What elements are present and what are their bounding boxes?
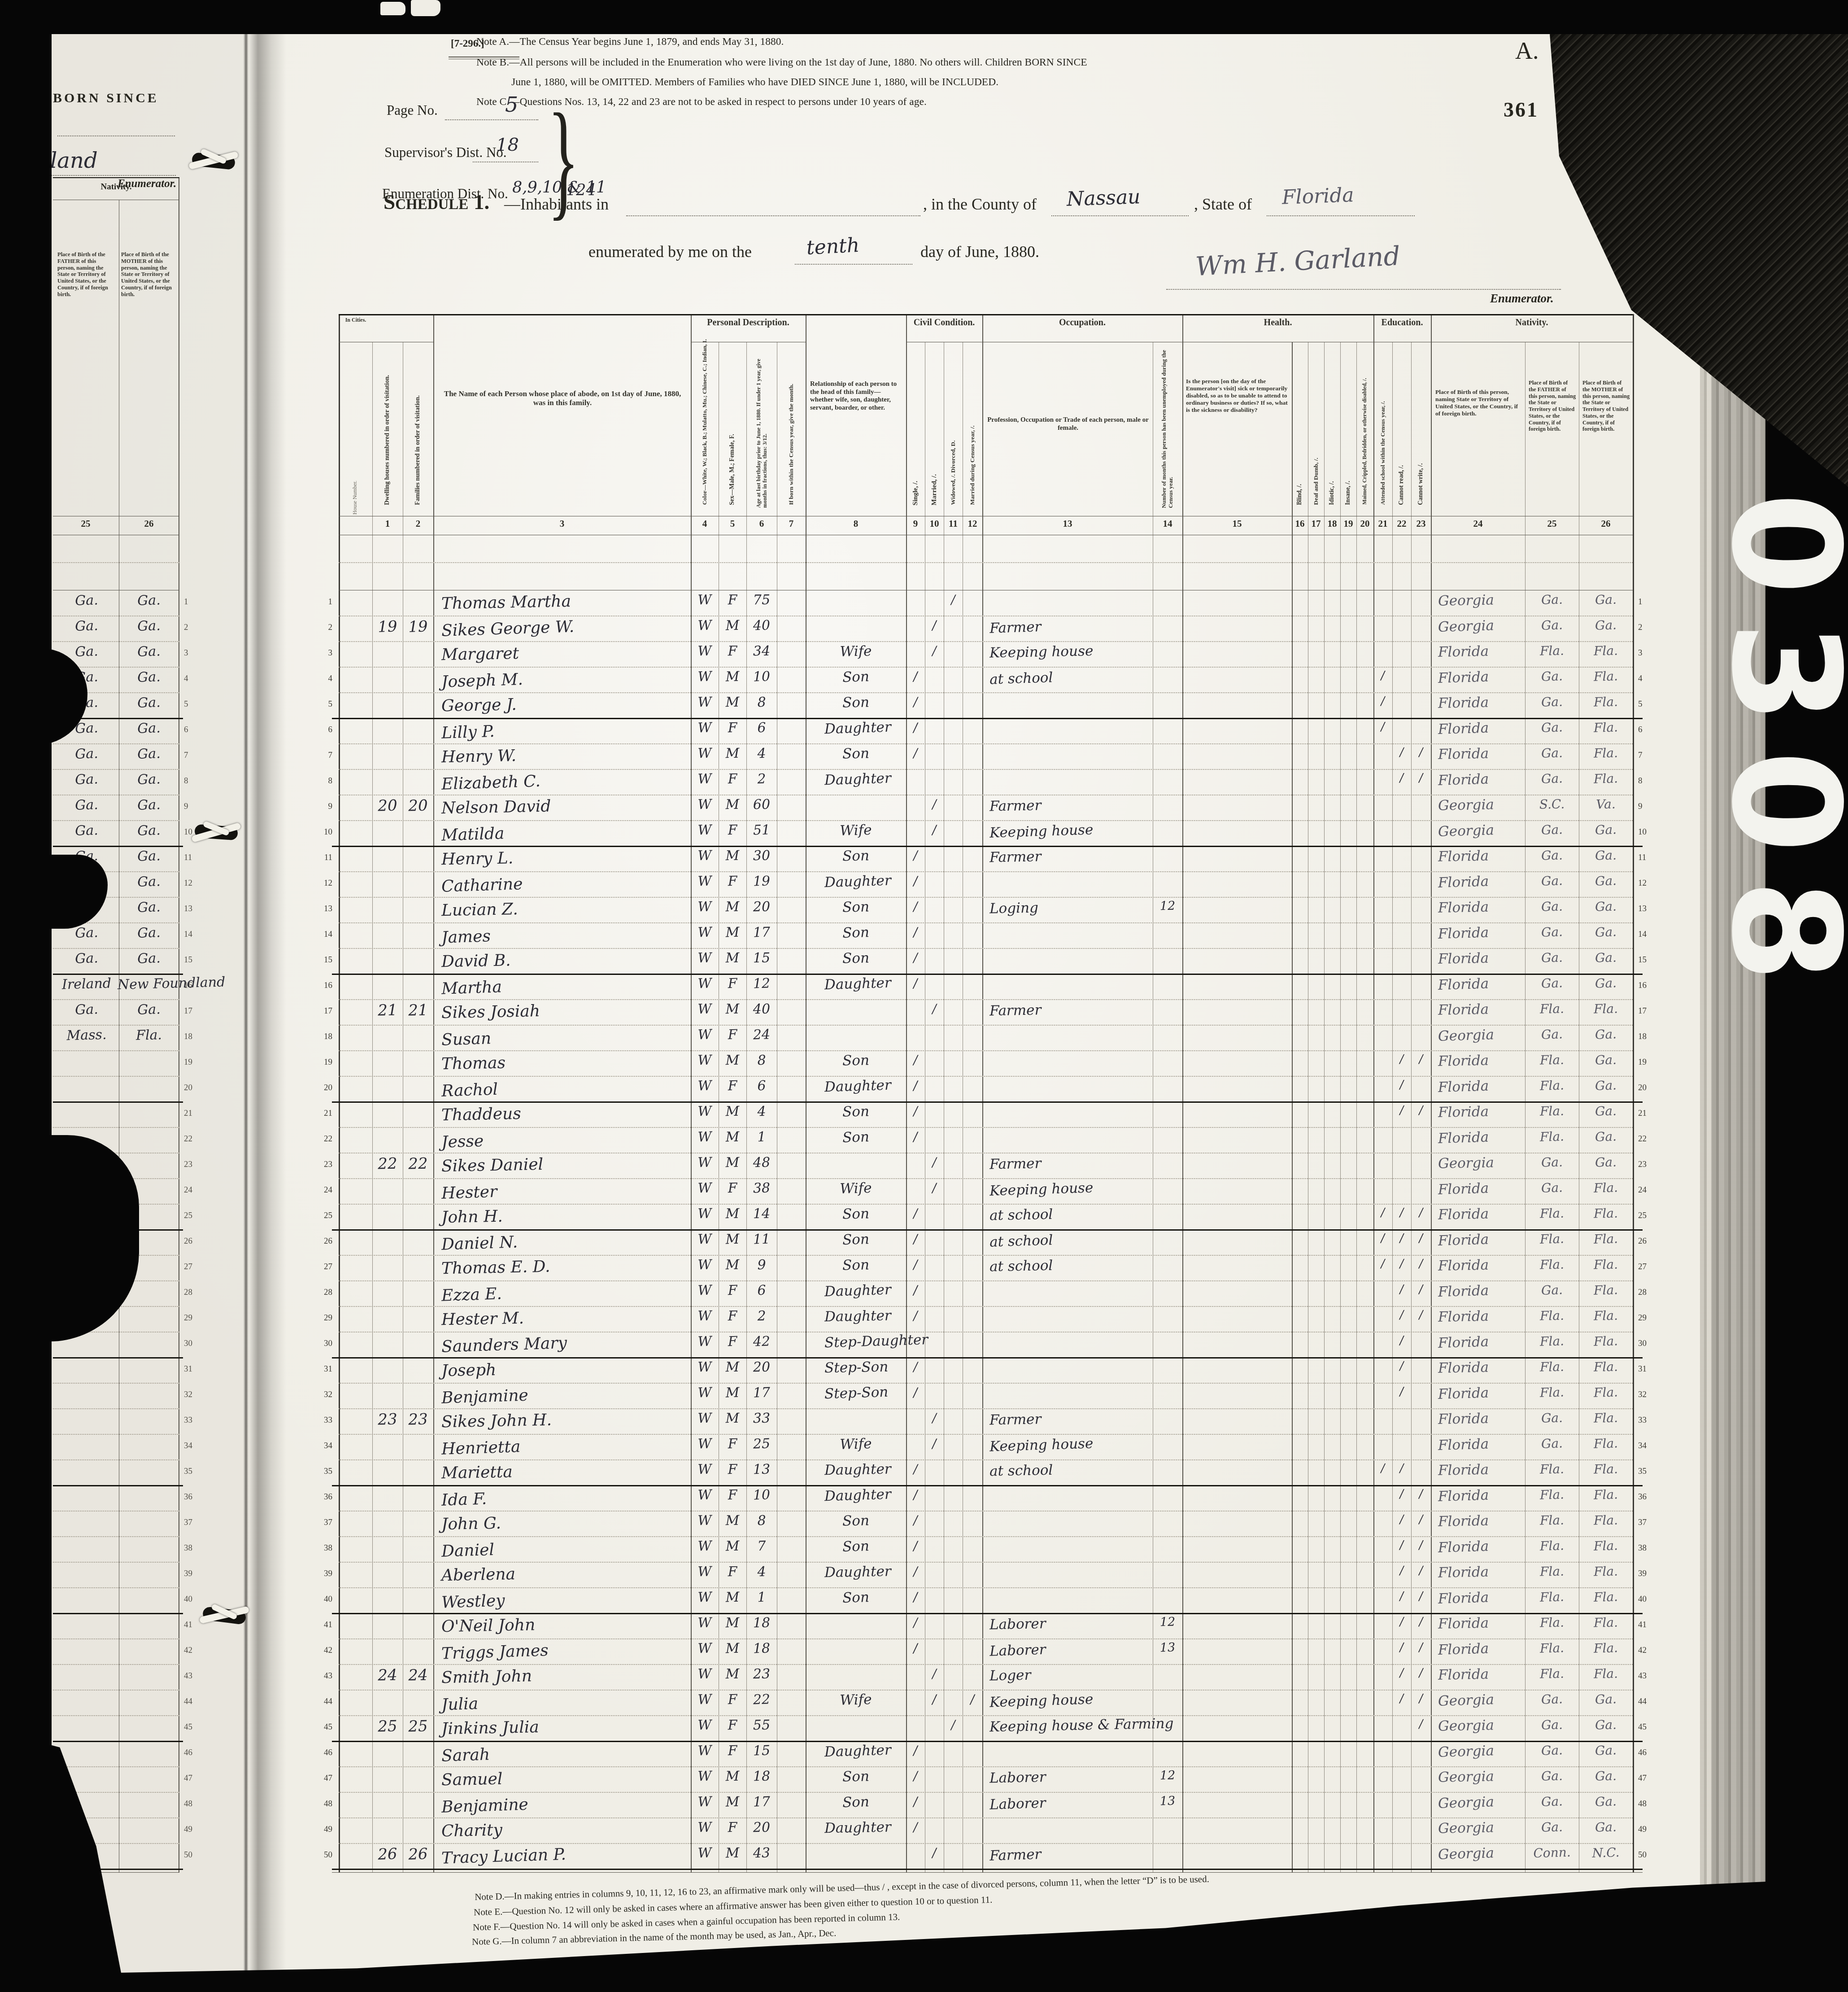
cell-a: 30 [730, 847, 793, 865]
fragment-row-number: 21 [184, 1109, 202, 1118]
fragment-cell-father-birthplace: Ga. [59, 771, 115, 788]
cell-f: 22 [387, 1154, 450, 1174]
fragment-cell-mother-birthplace: Fla. [118, 1027, 181, 1044]
cell-s9: / [905, 873, 925, 888]
cell-s10: / [924, 1666, 945, 1682]
fragment-row-number: 36 [184, 1492, 202, 1502]
cell-e23: / [1411, 746, 1431, 760]
fragment-cell-mother-birthplace: Ga. [118, 822, 181, 839]
cell-b: Florida [1438, 1179, 1523, 1198]
cell-a: 18 [730, 1768, 793, 1785]
row-number-left: 27 [312, 1262, 332, 1272]
row-number-left: 38 [312, 1543, 332, 1553]
row-number-right: 35 [1638, 1467, 1659, 1477]
cell-r: Son [824, 1231, 887, 1249]
cell-mb: Fla. [1574, 1435, 1638, 1452]
column-header-c5: Sex—Male, M.; Female, F. [729, 339, 736, 505]
cell-mb: Fla. [1574, 1308, 1638, 1324]
cell-mb: Ga. [1574, 1717, 1638, 1733]
cell-e22: / [1392, 1615, 1412, 1629]
column-number: 25 [1534, 518, 1570, 529]
fragment-signature-line [49, 174, 176, 176]
cell-oc: at school [989, 1460, 1151, 1480]
cell-e23: / [1411, 1308, 1431, 1322]
column-header-c14: Number of months this person has been un… [1161, 342, 1174, 508]
cell-mb: Fla. [1574, 1001, 1638, 1017]
cell-mb: Fla. [1574, 770, 1638, 787]
cell-a: 18 [730, 1615, 793, 1632]
cell-a: 11 [730, 1231, 793, 1248]
row-number-right: 15 [1638, 955, 1659, 965]
table-grid-hline [332, 1613, 1643, 1614]
cell-mb: Ga. [1574, 847, 1638, 864]
cell-a: 9 [730, 1257, 793, 1274]
fragment-row-number: 19 [184, 1057, 202, 1067]
fragment-row-number: 33 [184, 1415, 202, 1425]
column-header-c13: Profession, Occupation or Trade of each … [987, 416, 1149, 432]
cell-b: Florida [1438, 872, 1523, 891]
cell-s10: / [924, 797, 945, 812]
cell-b: Florida [1438, 1052, 1524, 1070]
table-grid-hline [332, 1485, 1643, 1486]
cell-f: 23 [387, 1410, 450, 1429]
fragment-col25-number: 25 [72, 518, 99, 529]
cell-e22: / [1392, 1513, 1412, 1527]
fragment-grid-hline [53, 1690, 179, 1691]
cell-r: Son [824, 1793, 887, 1811]
column-header-c3: The Name of each Person whose place of a… [441, 389, 684, 407]
cell-r: Daughter [824, 1461, 888, 1479]
cell-a: 15 [730, 1742, 793, 1760]
cell-oc: at school [989, 1256, 1151, 1275]
cell-a: 2 [730, 770, 793, 788]
cell-b: Georgia [1438, 1844, 1523, 1863]
cell-s10: / [924, 822, 944, 837]
fragment-row-number: 35 [184, 1467, 202, 1477]
column-header-c25: Place of Birth of the FATHER of this per… [1529, 380, 1576, 432]
column-header-c4: Color—White, W.; Black, B.; Mulatto, Mu.… [702, 339, 708, 505]
cell-mb: Fla. [1574, 694, 1638, 710]
row-number-right: 9 [1638, 802, 1659, 812]
cell-b: Florida [1438, 719, 1523, 738]
cell-r: Daughter [824, 1742, 887, 1760]
row-number-right: 48 [1638, 1799, 1659, 1809]
cell-r: Daughter [824, 975, 887, 993]
cell-b: Georgia [1438, 1793, 1523, 1812]
cell-a: 8 [730, 1052, 793, 1069]
cell-mb: Fla. [1574, 1231, 1638, 1247]
cell-a: 1 [730, 1128, 793, 1146]
cell-mb: Ga. [1574, 1128, 1638, 1145]
born-since-label: BORN SINCE [53, 91, 159, 106]
fragment-grid-hline [53, 1025, 179, 1026]
table-grid-hline [332, 1357, 1643, 1359]
column-header-c15: Is the person [on the day of the Enumera… [1186, 378, 1289, 414]
fragment-cell-mother-birthplace: Ga. [118, 617, 181, 635]
row-number-right: 5 [1638, 699, 1659, 709]
table-grid-vline [1356, 342, 1357, 1872]
cell-a: 17 [730, 1793, 793, 1811]
cell-mb: Ga. [1574, 899, 1638, 915]
cell-a: 38 [730, 1179, 793, 1197]
fragment-grid-hline [53, 1485, 183, 1486]
table-grid-hline [339, 1638, 1633, 1639]
row-number-right: 43 [1638, 1671, 1659, 1681]
cell-r: Son [824, 1257, 888, 1274]
row-number-right: 14 [1638, 930, 1659, 939]
cell-r: Daughter [824, 770, 887, 788]
cell-a: 40 [730, 1001, 793, 1018]
cell-s9: / [905, 1231, 925, 1246]
fragment-row-number: 27 [184, 1262, 202, 1272]
cell-b: Florida [1438, 1588, 1523, 1607]
cell-b: Florida [1438, 1000, 1524, 1018]
table-grid-hline [339, 820, 1633, 821]
fragment-cell-mother-birthplace: Ga. [118, 668, 181, 686]
cell-s9: / [906, 848, 926, 863]
row-number-right: 22 [1638, 1134, 1659, 1144]
fragment-signature: land [50, 148, 98, 173]
row-number-left: 21 [312, 1109, 332, 1118]
cell-f: 26 [386, 1844, 449, 1864]
row-number-right: 38 [1638, 1543, 1659, 1553]
cell-s11: / [943, 1717, 963, 1733]
table-grid-hline [339, 743, 1633, 744]
cell-a: 19 [730, 873, 793, 890]
table-grid-vline [963, 342, 963, 1872]
cell-s10: / [924, 1155, 945, 1170]
fragment-row-number: 11 [184, 853, 202, 863]
cell-e21: / [1373, 720, 1393, 734]
table-grid-hline [339, 516, 1633, 516]
cell-r: Wife [824, 1435, 887, 1453]
cell-b: Florida [1438, 1230, 1523, 1249]
row-number-right: 28 [1638, 1288, 1659, 1297]
cell-b: Florida [1438, 1359, 1524, 1376]
cell-a: 20 [730, 1359, 793, 1376]
cell-r: Son [824, 694, 888, 712]
table-grid-hline [339, 1306, 1633, 1307]
cell-e22: / [1392, 1282, 1412, 1296]
cell-mb: Ga. [1574, 950, 1638, 966]
cell-b: Florida [1438, 1077, 1523, 1096]
row-number-left: 4 [312, 674, 332, 684]
fragment-grid-hline [53, 1434, 179, 1435]
cell-a: 4 [730, 745, 793, 762]
state-line [1267, 214, 1415, 216]
cell-b: Florida [1438, 1332, 1523, 1351]
column-header-c11: Widowed, /. Divorced, D. [950, 339, 956, 505]
row-number-left: 23 [312, 1160, 332, 1170]
fragment-grid-hline [53, 1511, 179, 1511]
cell-e21: / [1373, 1206, 1393, 1220]
cell-b: Florida [1438, 1614, 1524, 1632]
cell-s9: / [906, 1104, 926, 1119]
fragment-row-number: 5 [184, 699, 202, 709]
cell-b: Georgia [1438, 616, 1523, 635]
cell-s9: / [906, 1308, 926, 1324]
fragment-row-number: 40 [184, 1594, 202, 1604]
cell-r: Daughter [824, 1486, 887, 1504]
cell-e21: / [1373, 1257, 1393, 1271]
cell-mb: Fla. [1574, 1666, 1638, 1682]
column-group-header: Education. [1373, 318, 1431, 328]
row-number-left: 15 [312, 955, 332, 965]
row-number-right: 3 [1638, 648, 1659, 658]
cell-a: 6 [730, 719, 793, 737]
table-grid-hline [332, 846, 1643, 847]
in-cities-label: In Cities. [340, 317, 372, 323]
cell-mb: Fla. [1574, 1359, 1638, 1375]
column-header-c6: Age at last birthday prior to June 1, 18… [755, 342, 768, 508]
column-number: 3 [544, 518, 580, 529]
fragment-row-number: 20 [184, 1083, 202, 1093]
row-number-left: 18 [312, 1032, 332, 1042]
fragment-grid-hline [53, 795, 179, 795]
cell-s10: / [924, 617, 944, 633]
column-header-c23: Cannot write, /. [1417, 339, 1425, 505]
row-number-left: 28 [312, 1288, 332, 1297]
state-label: , State of [1194, 195, 1252, 214]
row-number-left: 6 [312, 725, 332, 735]
cell-a: 60 [730, 796, 793, 813]
row-number-left: 50 [312, 1850, 332, 1860]
cell-b: Georgia [1438, 1717, 1524, 1734]
row-number-left: 22 [312, 1134, 332, 1144]
state-value: Florida [1281, 183, 1354, 209]
fragment-row-number: 46 [184, 1748, 202, 1758]
cell-s10: / [924, 1845, 944, 1860]
table-grid-hline [982, 342, 1182, 342]
cell-mb: Fla. [1574, 1615, 1638, 1631]
cell-e21: / [1373, 695, 1393, 708]
cell-e23: / [1411, 1513, 1431, 1527]
row-number-left: 39 [312, 1569, 332, 1579]
column-number: 2 [400, 518, 436, 529]
table-grid-hline [332, 718, 1643, 719]
cell-r: Son [824, 1768, 888, 1786]
cell-a: 18 [730, 1640, 793, 1657]
table-grid-hline [339, 1434, 1633, 1435]
cell-b: Georgia [1438, 1819, 1524, 1837]
cell-b: Georgia [1438, 1026, 1523, 1044]
cell-b: Florida [1438, 1665, 1524, 1683]
cell-s9: / [905, 1078, 925, 1093]
cell-e22: / [1392, 1564, 1412, 1578]
cell-b: Georgia [1438, 591, 1524, 609]
cell-a: 6 [730, 1077, 793, 1095]
cell-e22: / [1392, 1333, 1412, 1347]
cell-f: 20 [387, 796, 450, 816]
cell-a: 15 [730, 950, 793, 967]
column-number: 7 [773, 518, 809, 529]
row-number-right: 20 [1638, 1083, 1659, 1093]
row-number-left: 24 [312, 1185, 332, 1195]
row-number-right: 41 [1638, 1620, 1659, 1630]
cell-e22: / [1392, 1666, 1412, 1680]
cell-a: 25 [730, 1435, 793, 1453]
cell-b: Florida [1438, 923, 1523, 942]
cell-mb: Fla. [1574, 1589, 1638, 1605]
cell-s9: / [906, 1564, 926, 1579]
film-top-mark [380, 2, 405, 15]
cell-a: 7 [730, 1538, 793, 1555]
column-number: 26 [1588, 518, 1624, 529]
table-grid-hline [339, 1332, 1633, 1332]
fragment-row-number: 29 [184, 1313, 202, 1323]
cell-r: Daughter [824, 1077, 887, 1095]
fragment-nativity-label: Nativity. [80, 182, 152, 192]
column-number: 15 [1219, 518, 1255, 529]
fragment-grid-hline [53, 1076, 179, 1077]
fragment-grid-hline [53, 1101, 183, 1103]
fragment-row-number: 39 [184, 1569, 202, 1579]
cell-e23: / [1411, 1257, 1431, 1271]
column-header-c18: Idiotic, /. [1329, 339, 1336, 505]
cell-e22: / [1392, 1640, 1412, 1654]
cell-e22: / [1392, 746, 1412, 760]
film-left-edge [0, 0, 52, 1992]
cell-a: 14 [730, 1206, 793, 1223]
row-number-left: 25 [312, 1211, 332, 1221]
fragment-grid-hline [53, 948, 179, 949]
fragment-grid-hline [53, 1715, 179, 1716]
cell-e23: / [1411, 1206, 1431, 1220]
table-grid-hline [332, 1741, 1643, 1742]
table-grid-hline [339, 1536, 1633, 1537]
column-header-c8: Relationship of each person to the head … [810, 380, 902, 412]
row-number-right: 23 [1638, 1160, 1659, 1170]
cell-r: Wife [824, 1179, 887, 1197]
column-group-header: Occupation. [982, 318, 1182, 328]
supervisor-dist-line [473, 161, 538, 162]
fragment-row-number: 18 [184, 1032, 202, 1042]
cell-f: 25 [387, 1717, 450, 1736]
cell-r: Daughter [824, 873, 887, 891]
column-group-header: Nativity. [1431, 318, 1633, 328]
fragment-row-number: 28 [184, 1288, 202, 1297]
cell-un: 12 [1136, 899, 1199, 914]
row-number-right: 50 [1638, 1850, 1659, 1860]
column-header-c21: Attended school within the Census year, … [1380, 339, 1386, 505]
cell-mb: Ga. [1574, 1793, 1638, 1810]
cell-oc: Farmer [989, 795, 1151, 815]
table-grid-hline [339, 1690, 1633, 1691]
fragment-row-number: 6 [184, 725, 202, 735]
table-grid-hline [339, 1178, 1633, 1179]
cell-b: Georgia [1438, 1154, 1524, 1172]
fragment-row-number: 13 [184, 904, 202, 914]
row-number-left: 13 [312, 904, 332, 914]
column-header-c19: Insane, /. [1345, 339, 1352, 505]
fragment-cell-mother-birthplace: Ga. [118, 592, 181, 609]
cell-s9: / [906, 1615, 926, 1630]
row-number-right: 47 [1638, 1774, 1659, 1783]
fragment-cell-father-birthplace: Ga. [59, 745, 115, 762]
cell-b: Florida [1438, 974, 1523, 993]
table-grid-hline [339, 897, 1633, 898]
cell-a: 4 [730, 1103, 793, 1120]
table-grid-hline [339, 1408, 1633, 1409]
row-number-left: 3 [312, 648, 332, 658]
row-number-right: 46 [1638, 1748, 1659, 1758]
row-number-right: 42 [1638, 1646, 1659, 1656]
row-number-right: 39 [1638, 1569, 1659, 1579]
cell-b: Florida [1438, 1281, 1523, 1300]
cell-e22: / [1392, 771, 1412, 785]
cell-a: 75 [730, 592, 793, 609]
cell-s9: / [906, 899, 926, 914]
cell-e22: / [1392, 1104, 1412, 1118]
cell-mb: Fla. [1574, 1640, 1638, 1656]
table-grid-hline [339, 1817, 1633, 1818]
fragment-grid-hline [53, 1408, 179, 1409]
table-grid-vline [1292, 342, 1293, 1872]
cell-e22: / [1392, 1359, 1412, 1373]
cell-mb: Fla. [1574, 1410, 1638, 1426]
cell-oc: Farmer [989, 1000, 1151, 1019]
row-number-right: 27 [1638, 1262, 1659, 1272]
cell-b: Florida [1438, 1103, 1524, 1121]
cell-un: 12 [1136, 1768, 1199, 1783]
cell-mb: Fla. [1574, 1257, 1638, 1273]
cell-a: 17 [730, 1384, 793, 1402]
cell-b: Georgia [1438, 796, 1524, 814]
cell-mb: Fla. [1574, 643, 1638, 659]
table-grid-hline [339, 535, 1633, 535]
cell-b: Florida [1438, 949, 1524, 967]
fragment-grid-hline [53, 200, 179, 200]
row-number-right: 4 [1638, 674, 1659, 684]
fragment-row-number: 7 [184, 751, 202, 760]
cell-s9: / [906, 695, 926, 710]
fragment-row-number: 9 [184, 802, 202, 812]
fragment-row-number: 30 [184, 1339, 202, 1349]
cell-r: Son [824, 950, 888, 967]
row-number-left: 2 [312, 623, 332, 633]
fragment-row-number: 42 [184, 1646, 202, 1656]
cell-b: Georgia [1438, 1768, 1524, 1786]
fragment-grid-hline [53, 1536, 179, 1537]
table-grid-hline [339, 562, 1633, 563]
column-header-c17: Deaf and Dumb, /. [1312, 339, 1319, 505]
cell-oc: Farmer [989, 1153, 1151, 1173]
cell-oc: Farmer [989, 1409, 1151, 1428]
cell-e23: / [1411, 1589, 1431, 1603]
cell-b: Florida [1438, 1537, 1523, 1556]
fragment-row-number: 34 [184, 1441, 202, 1451]
cell-mb: Fla. [1574, 1564, 1638, 1580]
cell-mb: Ga. [1574, 975, 1638, 992]
cell-e22: / [1392, 1053, 1412, 1066]
fragment-cell-mother-birthplace: Ga. [118, 924, 181, 942]
fragment-cell-father-birthplace: Ga. [59, 592, 115, 609]
fragment-row-number: 15 [184, 955, 202, 965]
row-number-right: 36 [1638, 1492, 1659, 1502]
row-number-right: 7 [1638, 751, 1659, 760]
table-grid-hline [339, 769, 1633, 770]
enumerated-pre: enumerated by me on the [588, 242, 752, 261]
cell-e22: / [1392, 1078, 1412, 1092]
corner-letter: A. [1515, 37, 1539, 65]
table-grid-hline [339, 1459, 1633, 1460]
fragment-row-number: 1 [184, 597, 202, 607]
cell-e23: / [1411, 771, 1431, 785]
cell-r: Son [824, 1052, 888, 1070]
table-grid-hline [332, 1872, 1643, 1873]
column-number: 12 [955, 518, 990, 529]
cell-s9: / [905, 1538, 925, 1553]
